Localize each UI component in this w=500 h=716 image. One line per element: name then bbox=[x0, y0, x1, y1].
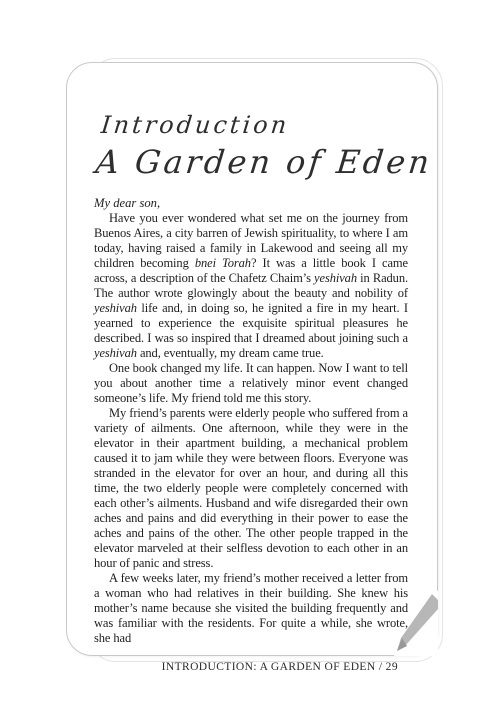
page-content: Introduction A Garden of Eden My dear so… bbox=[67, 63, 437, 655]
paragraph: One book changed my life. It can happen.… bbox=[94, 361, 408, 406]
chapter-label: Introduction bbox=[100, 113, 411, 137]
paragraph: A few weeks later, my friend’s mother re… bbox=[94, 571, 408, 646]
book-page: Introduction A Garden of Eden My dear so… bbox=[66, 62, 438, 656]
paragraphs: Have you ever wondered what set me on th… bbox=[94, 211, 408, 646]
page-curl-icon bbox=[380, 584, 438, 656]
salutation: My dear son, bbox=[94, 196, 408, 211]
paragraph: My friend’s parents were elderly people … bbox=[94, 406, 408, 571]
paragraph: Have you ever wondered what set me on th… bbox=[94, 211, 408, 361]
chapter-title: A Garden of Eden bbox=[94, 145, 410, 180]
running-footer: INTRODUCTION: A GARDEN OF EDEN / 29 bbox=[0, 661, 398, 673]
